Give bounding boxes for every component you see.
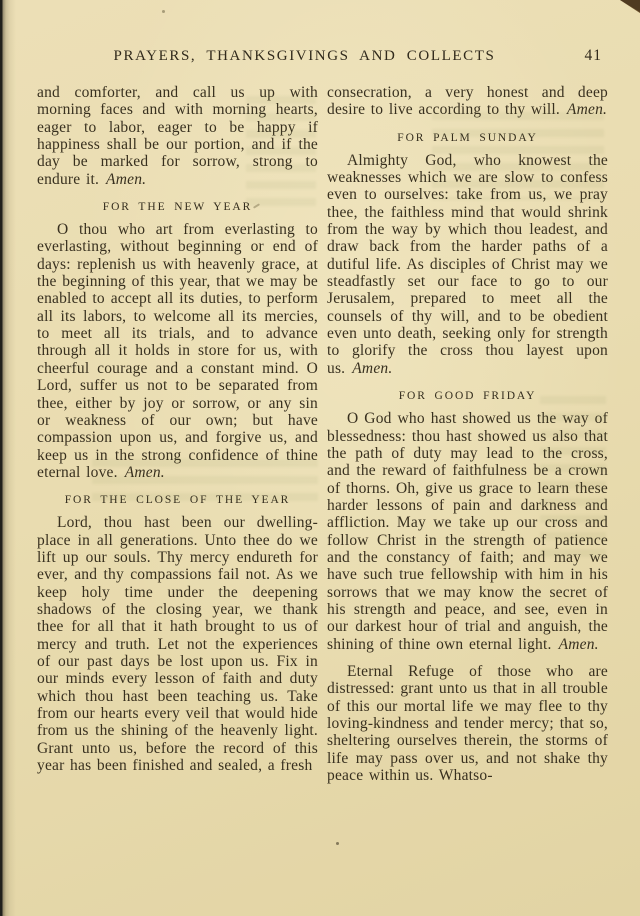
page-header: PRAYERS, THANKSGIVINGS AND COLLECTS 41 [0, 0, 640, 69]
prayer-paragraph: consecration, a very honest and deep des… [327, 84, 608, 119]
prayer-paragraph: Lord, thou hast been our dwelling-place … [37, 514, 318, 774]
right-column: consecration, a very honest and deep des… [327, 84, 608, 784]
section-heading: FOR THE CLOSE OF THE YEAR [37, 494, 318, 506]
section-heading: FOR GOOD FRIDAY [327, 390, 608, 402]
amen-text: Amen. [125, 464, 165, 481]
prayer-paragraph: Almighty God, who knowest the weaknesses… [327, 152, 608, 377]
running-header-title: PRAYERS, THANKSGIVINGS AND COLLECTS [114, 48, 496, 65]
prayer-paragraph: O thou who art from everlasting to everl… [37, 221, 318, 481]
amen-text: Amen. [352, 360, 392, 377]
section-heading: FOR THE NEW YEAR [37, 201, 318, 213]
scan-speck [336, 842, 339, 845]
left-column: and comforter, and call us up with morni… [37, 84, 318, 784]
amen-text: Amen. [106, 171, 146, 188]
prayer-paragraph: and comforter, and call us up with morni… [37, 84, 318, 188]
amen-text: Amen. [559, 636, 599, 653]
page-number: 41 [585, 47, 603, 65]
amen-text: Amen. [567, 101, 607, 118]
prayer-paragraph: O God who hast showed us the way of bles… [327, 410, 608, 653]
scanned-book-page: PRAYERS, THANKSGIVINGS AND COLLECTS 41 a… [0, 0, 640, 916]
section-heading: FOR PALM SUNDAY [327, 132, 608, 144]
prayer-paragraph: Eternal Refuge of those who are distress… [327, 663, 608, 784]
two-column-text-block: and comforter, and call us up with morni… [0, 69, 640, 784]
